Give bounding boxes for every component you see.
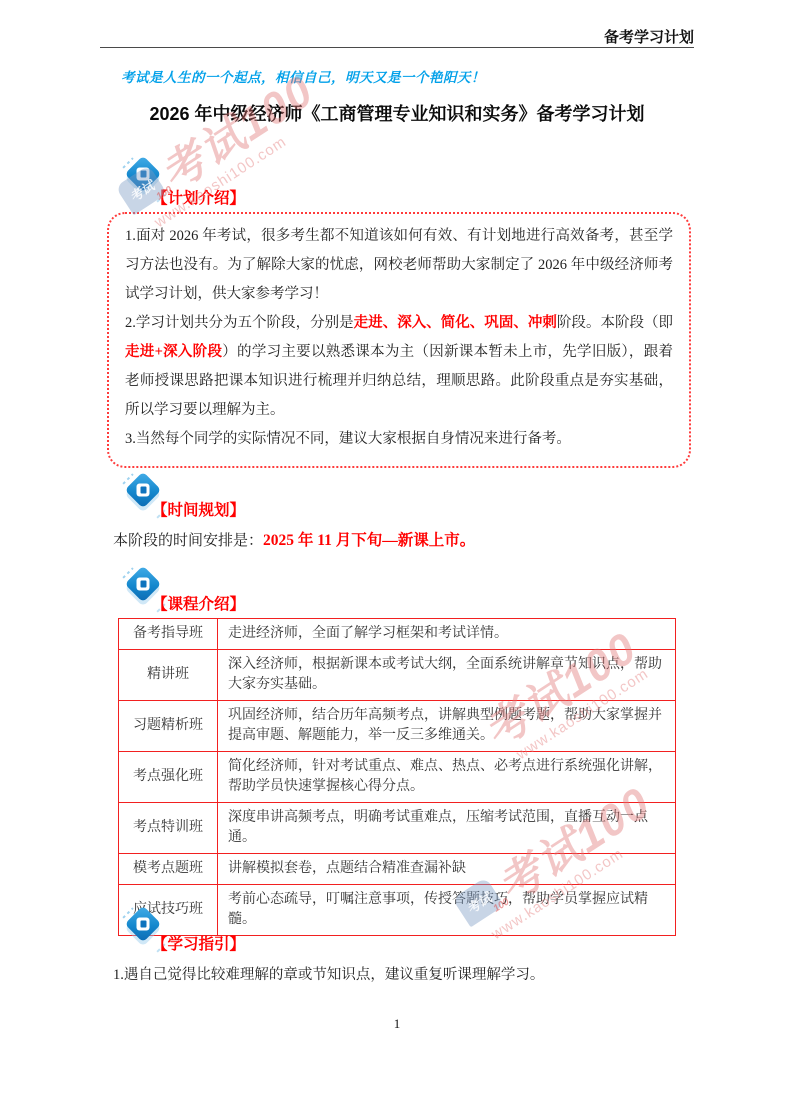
plan-paragraph-2: 2.学习计划共分为五个阶段，分别是走进、深入、简化、巩固、冲刺阶段。本阶段（即走…	[125, 309, 673, 425]
section-label-guide: 【学习指引】	[152, 932, 245, 954]
plan-p2-stages-highlight: 走进、深入、简化、巩固、冲刺	[354, 315, 557, 331]
course-desc-cell: 深入经济师，根据新课本或考试大纲，全面系统讲解章节知识点，帮助大家夯实基础。	[218, 650, 676, 701]
time-plan-highlight: 2025 年 11 月下旬—新课上市。	[263, 532, 475, 549]
course-name-cell: 考点特训班	[119, 803, 218, 854]
course-name-cell: 考点强化班	[119, 752, 218, 803]
course-desc-cell: 深度串讲高频考点，明确考试重难点，压缩考试范围，直播互动一点通。	[218, 803, 676, 854]
section-label-course: 【课程介绍】	[152, 592, 245, 614]
document-glyph	[137, 168, 150, 181]
course-name-cell: 备考指导班	[119, 619, 218, 650]
document-glyph	[137, 578, 150, 591]
plan-p2-phase-highlight: 走进+深入阶段	[125, 344, 222, 360]
course-desc-cell: 讲解模拟套卷，点题结合精准查漏补缺	[218, 854, 676, 885]
course-desc-cell: 巩固经济师，结合历年高频考点，讲解典型例题考题，帮助大家掌握并提高审题、解题能力…	[218, 701, 676, 752]
section-label-time: 【时间规划】	[152, 498, 245, 520]
plan-p1-text: 1.面对 2026 年考试，很多考生都不知道该如何有效、有计划地进行高效备考，甚…	[125, 228, 673, 302]
plan-p3-text: 3.当然每个同学的实际情况不同，建议大家根据自身情况来进行备考。	[125, 431, 571, 447]
table-row: 习题精析班 巩固经济师，结合历年高频考点，讲解典型例题考题，帮助大家掌握并提高审…	[119, 701, 676, 752]
page-number: 1	[0, 1016, 794, 1032]
plan-paragraph-1: 1.面对 2026 年考试，很多考生都不知道该如何有效、有计划地进行高效备考，甚…	[125, 222, 673, 309]
time-plan-line: 本阶段的时间安排是：2025 年 11 月下旬—新课上市。	[113, 528, 475, 550]
plan-p2-seg3: 阶段。本阶段（即	[557, 315, 673, 331]
document-page: 考试 考试100 www.kaoshi100.com 考试100 www.kao…	[0, 0, 794, 1098]
table-row: 考点特训班 深度串讲高频考点，明确考试重难点，压缩考试范围，直播互动一点通。	[119, 803, 676, 854]
page-header-title: 备考学习计划	[604, 26, 694, 47]
guide-item-1: 1.遇自己觉得比较难理解的章或节知识点，建议重复听课理解学习。	[113, 963, 544, 984]
course-table: 备考指导班 走进经济师，全面了解学习框架和考试详情。 精讲班 深入经济师，根据新…	[118, 618, 676, 936]
course-name-cell: 精讲班	[119, 650, 218, 701]
document-glyph	[137, 918, 150, 931]
section-label-plan: 【计划介绍】	[152, 186, 245, 208]
plan-paragraph-3: 3.当然每个同学的实际情况不同，建议大家根据自身情况来进行备考。	[125, 425, 673, 454]
time-plan-prefix: 本阶段的时间安排是：	[113, 533, 263, 549]
document-glyph	[137, 484, 150, 497]
table-row: 精讲班 深入经济师，根据新课本或考试大纲，全面系统讲解章节知识点，帮助大家夯实基…	[119, 650, 676, 701]
table-row: 应试技巧班 考前心态疏导，叮嘱注意事项，传授答题技巧，帮助学员掌握应试精髓。	[119, 885, 676, 936]
table-row: 模考点题班 讲解模拟套卷，点题结合精准查漏补缺	[119, 854, 676, 885]
motto-text: 考试是人生的一个起点，相信自己，明天又是一个艳阳天！	[121, 66, 485, 86]
course-desc-cell: 走进经济师，全面了解学习框架和考试详情。	[218, 619, 676, 650]
plan-intro-box: 1.面对 2026 年考试，很多考生都不知道该如何有效、有计划地进行高效备考，甚…	[107, 212, 691, 468]
table-row: 考点强化班 简化经济师，针对考试重点、难点、热点、必考点进行系统强化讲解，帮助学…	[119, 752, 676, 803]
plan-p2-seg1: 2.学习计划共分为五个阶段，分别是	[125, 315, 354, 331]
course-name-cell: 模考点题班	[119, 854, 218, 885]
table-row: 备考指导班 走进经济师，全面了解学习框架和考试详情。	[119, 619, 676, 650]
course-desc-cell: 简化经济师，针对考试重点、难点、热点、必考点进行系统强化讲解，帮助学员快速掌握核…	[218, 752, 676, 803]
course-name-cell: 习题精析班	[119, 701, 218, 752]
header-divider	[100, 47, 694, 48]
page-title: 2026 年中级经济师《工商管理专业知识和实务》备考学习计划	[0, 100, 794, 126]
course-desc-cell: 考前心态疏导，叮嘱注意事项，传授答题技巧，帮助学员掌握应试精髓。	[218, 885, 676, 936]
